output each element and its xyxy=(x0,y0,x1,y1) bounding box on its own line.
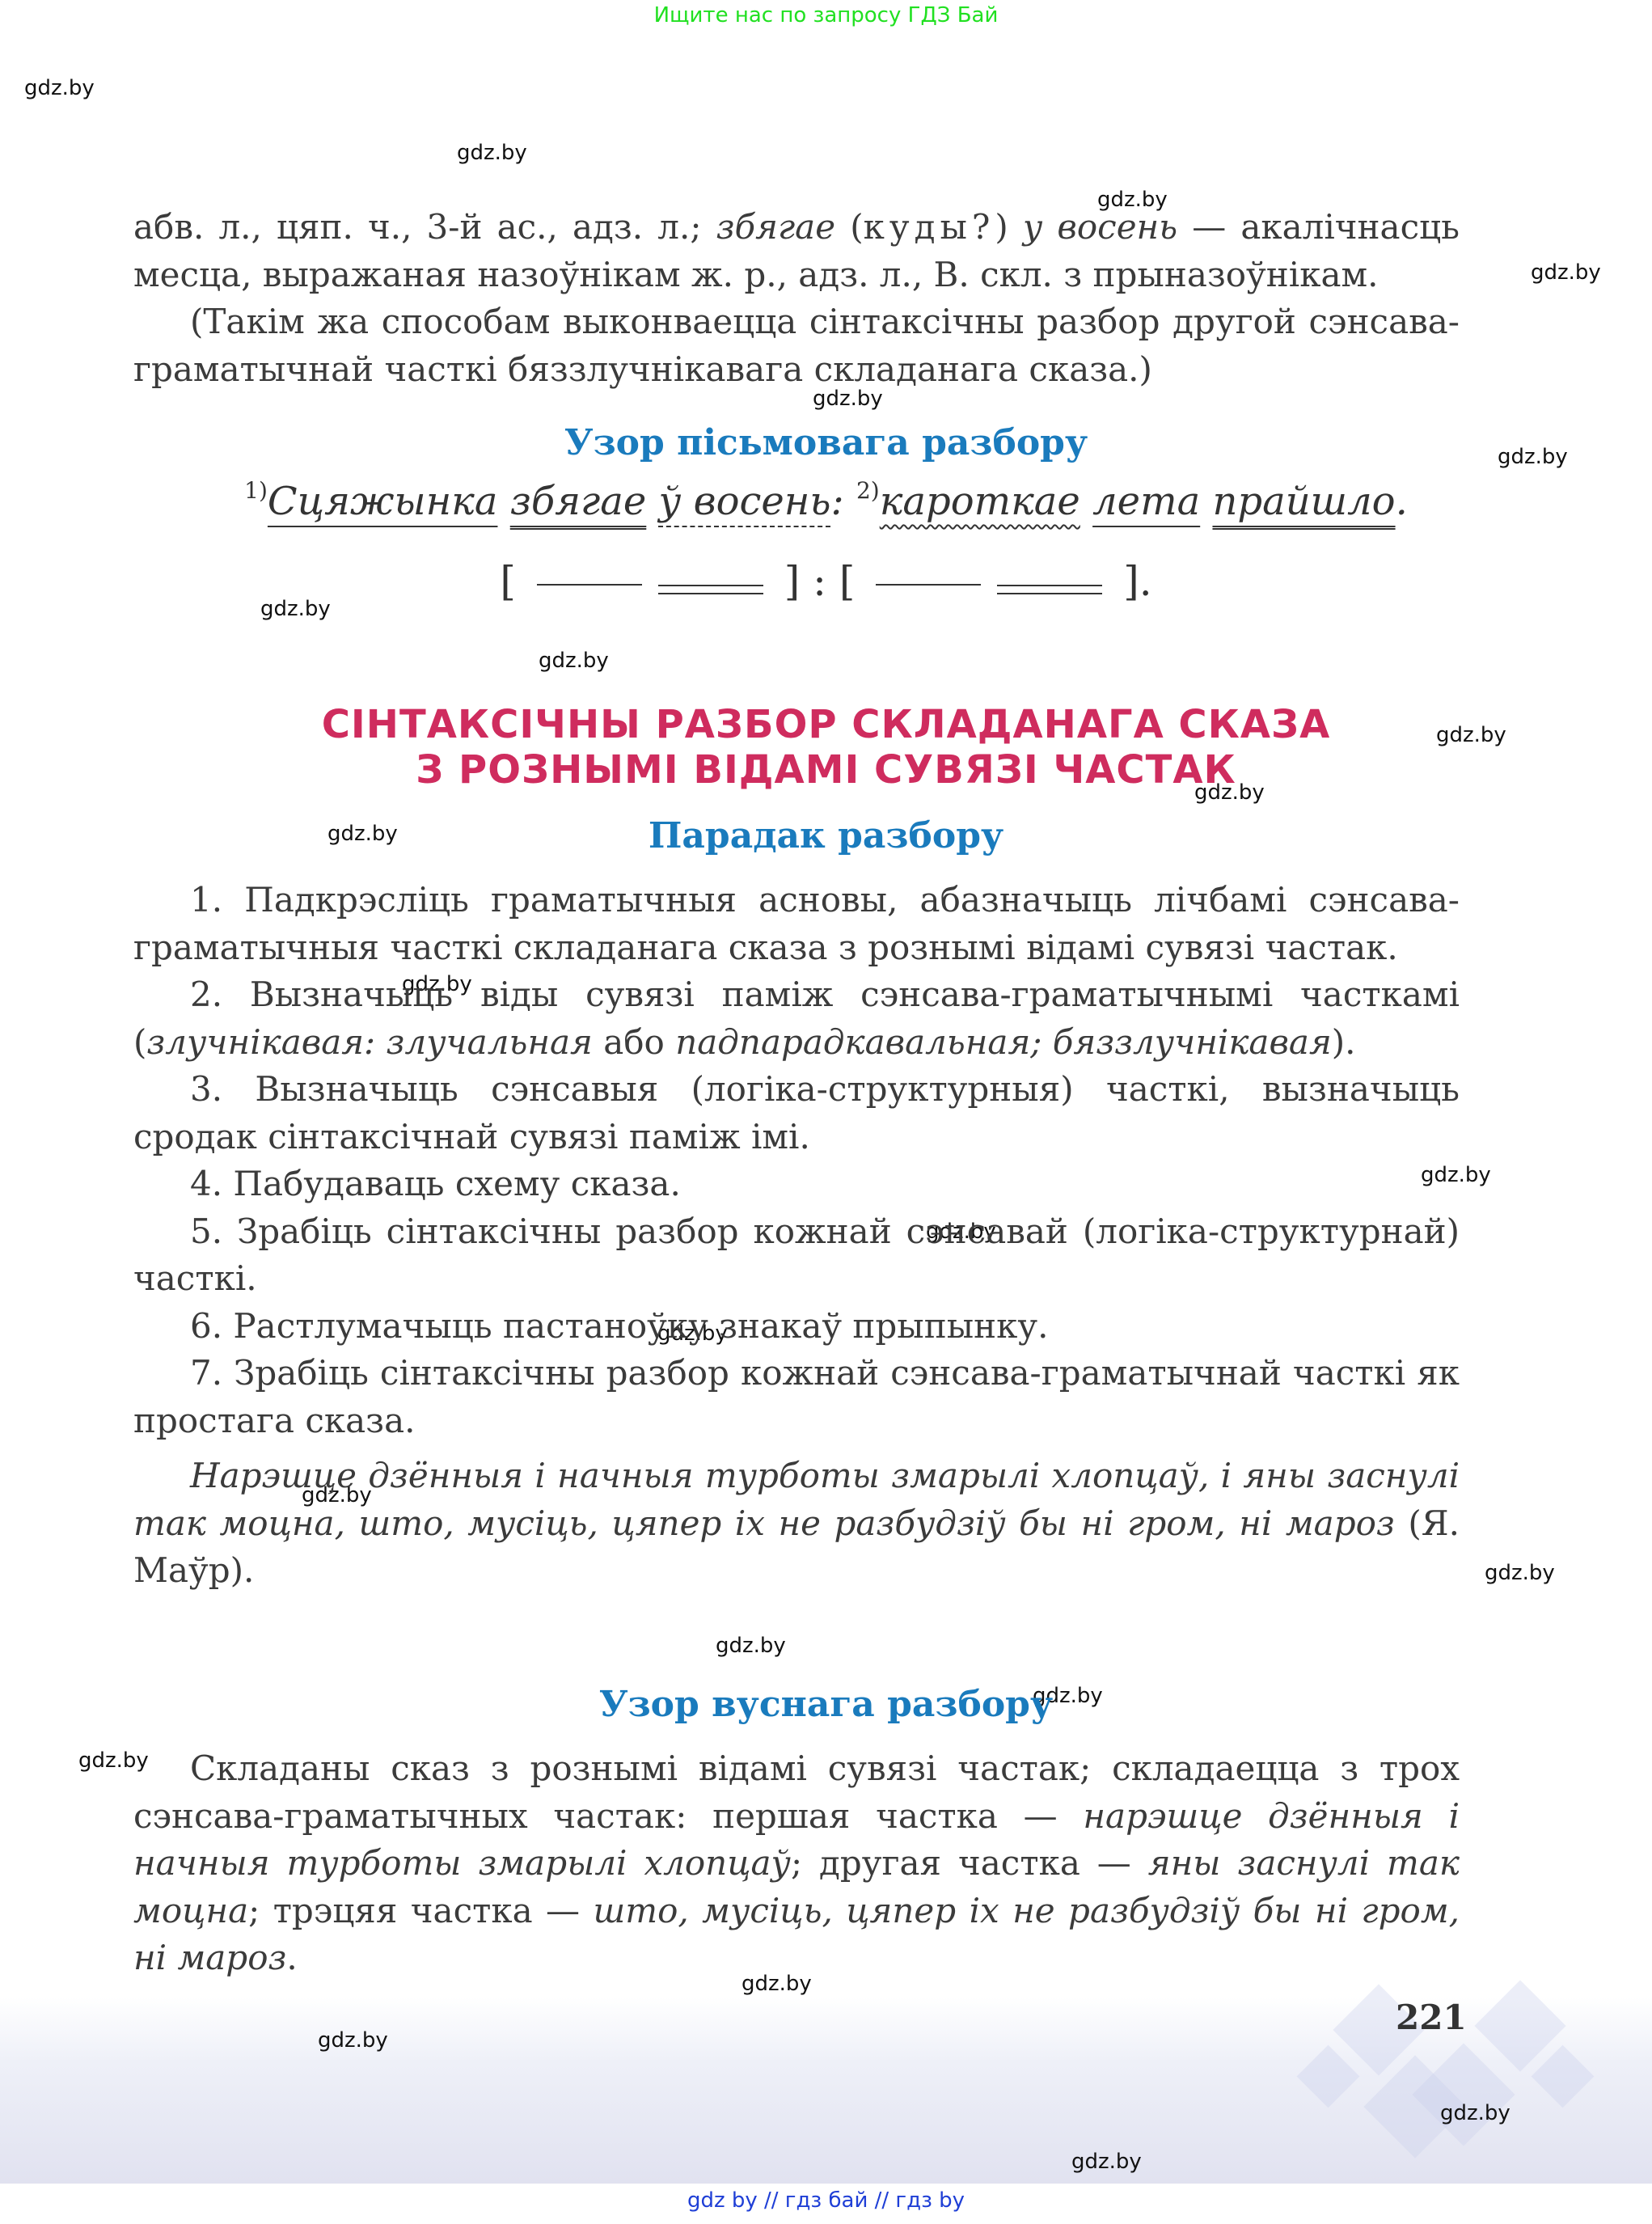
adverbial-word: ў восень xyxy=(659,479,831,524)
written-sample-heading: Узор пісьмовага разбору xyxy=(0,422,1652,463)
subject-line xyxy=(876,584,981,586)
example-sentence: Нарэшце дзённыя і начныя турботы змарылі… xyxy=(133,1452,1460,1595)
sample-sentence: 1)Сцяжынка збягае ў восень: 2)кароткае л… xyxy=(0,477,1652,524)
order-heading: Парадак разбору xyxy=(0,815,1652,856)
part-marker: 1) xyxy=(244,477,268,504)
watermark: gdz.by xyxy=(457,141,527,165)
predicate-word: прайшло xyxy=(1212,479,1395,524)
watermark: gdz.by xyxy=(539,649,609,673)
oral-sample-heading: Узор вуснага разбору xyxy=(0,1684,1652,1725)
page-number: 221 xyxy=(1396,1998,1467,2037)
predicate-line xyxy=(997,585,1102,594)
step-item: 6. Растлумачыць пастаноўку знакаў прыпын… xyxy=(133,1303,1460,1351)
subject-line xyxy=(537,584,642,586)
oral-sample-text: Складаны сказ з рознымі відамі сувязі ча… xyxy=(133,1745,1460,1982)
subject-word: Сцяжынка xyxy=(268,479,498,524)
section-title: СІНТАКСІЧНЫ РАЗБОР СКЛАДАНАГА СКАЗА З РО… xyxy=(0,702,1652,793)
step-item: 4. Пабудаваць схему сказа. xyxy=(133,1161,1460,1208)
intro-paragraph-1: абв. л., цяп. ч., 3-й ас., адз. л.; збяг… xyxy=(133,204,1460,298)
watermark: gdz.by xyxy=(318,2028,388,2053)
watermark: gdz.by xyxy=(1440,2101,1510,2125)
footer-links[interactable]: gdz by // гдз бай // гдз by xyxy=(0,2188,1652,2213)
sentence-schema: [ ] : [ ]. xyxy=(0,558,1652,605)
watermark: gdz.by xyxy=(1071,2150,1142,2174)
watermark: gdz.by xyxy=(1485,1561,1555,1585)
predicate-line xyxy=(658,585,763,594)
watermark: gdz.by xyxy=(716,1634,786,1658)
subject-word: лета xyxy=(1092,479,1200,524)
predicate-word: збягае xyxy=(510,479,647,524)
steps-list: 1. Падкрэсліць граматычныя асновы, абазн… xyxy=(133,877,1460,1595)
part-marker: 2) xyxy=(856,477,880,504)
step-item: 7. Зрабіць сінтаксічны разбор кожнай сэн… xyxy=(133,1350,1460,1444)
search-banner[interactable]: Ищите нас по запросу ГДЗ Бай xyxy=(0,3,1652,27)
intro-paragraph-2: (Такім жа способам выконваецца сінтаксіч… xyxy=(133,298,1460,393)
watermark: gdz.by xyxy=(1531,260,1601,285)
step-item: 1. Падкрэсліць граматычныя асновы, абазн… xyxy=(133,877,1460,971)
step-item: 3. Вызначыць сэнсавыя (логіка-структурны… xyxy=(133,1066,1460,1161)
step-item: 2. Вызначыць віды сувязі паміж сэнсава-г… xyxy=(133,971,1460,1066)
intro-text: абв. л., цяп. ч., 3-й ас., адз. л.; збяг… xyxy=(133,204,1460,393)
step-item: 5. Зрабіць сінтаксічны разбор кожнай сэн… xyxy=(133,1208,1460,1303)
watermark: gdz.by xyxy=(24,76,95,100)
attribute-word: кароткае xyxy=(880,479,1080,524)
